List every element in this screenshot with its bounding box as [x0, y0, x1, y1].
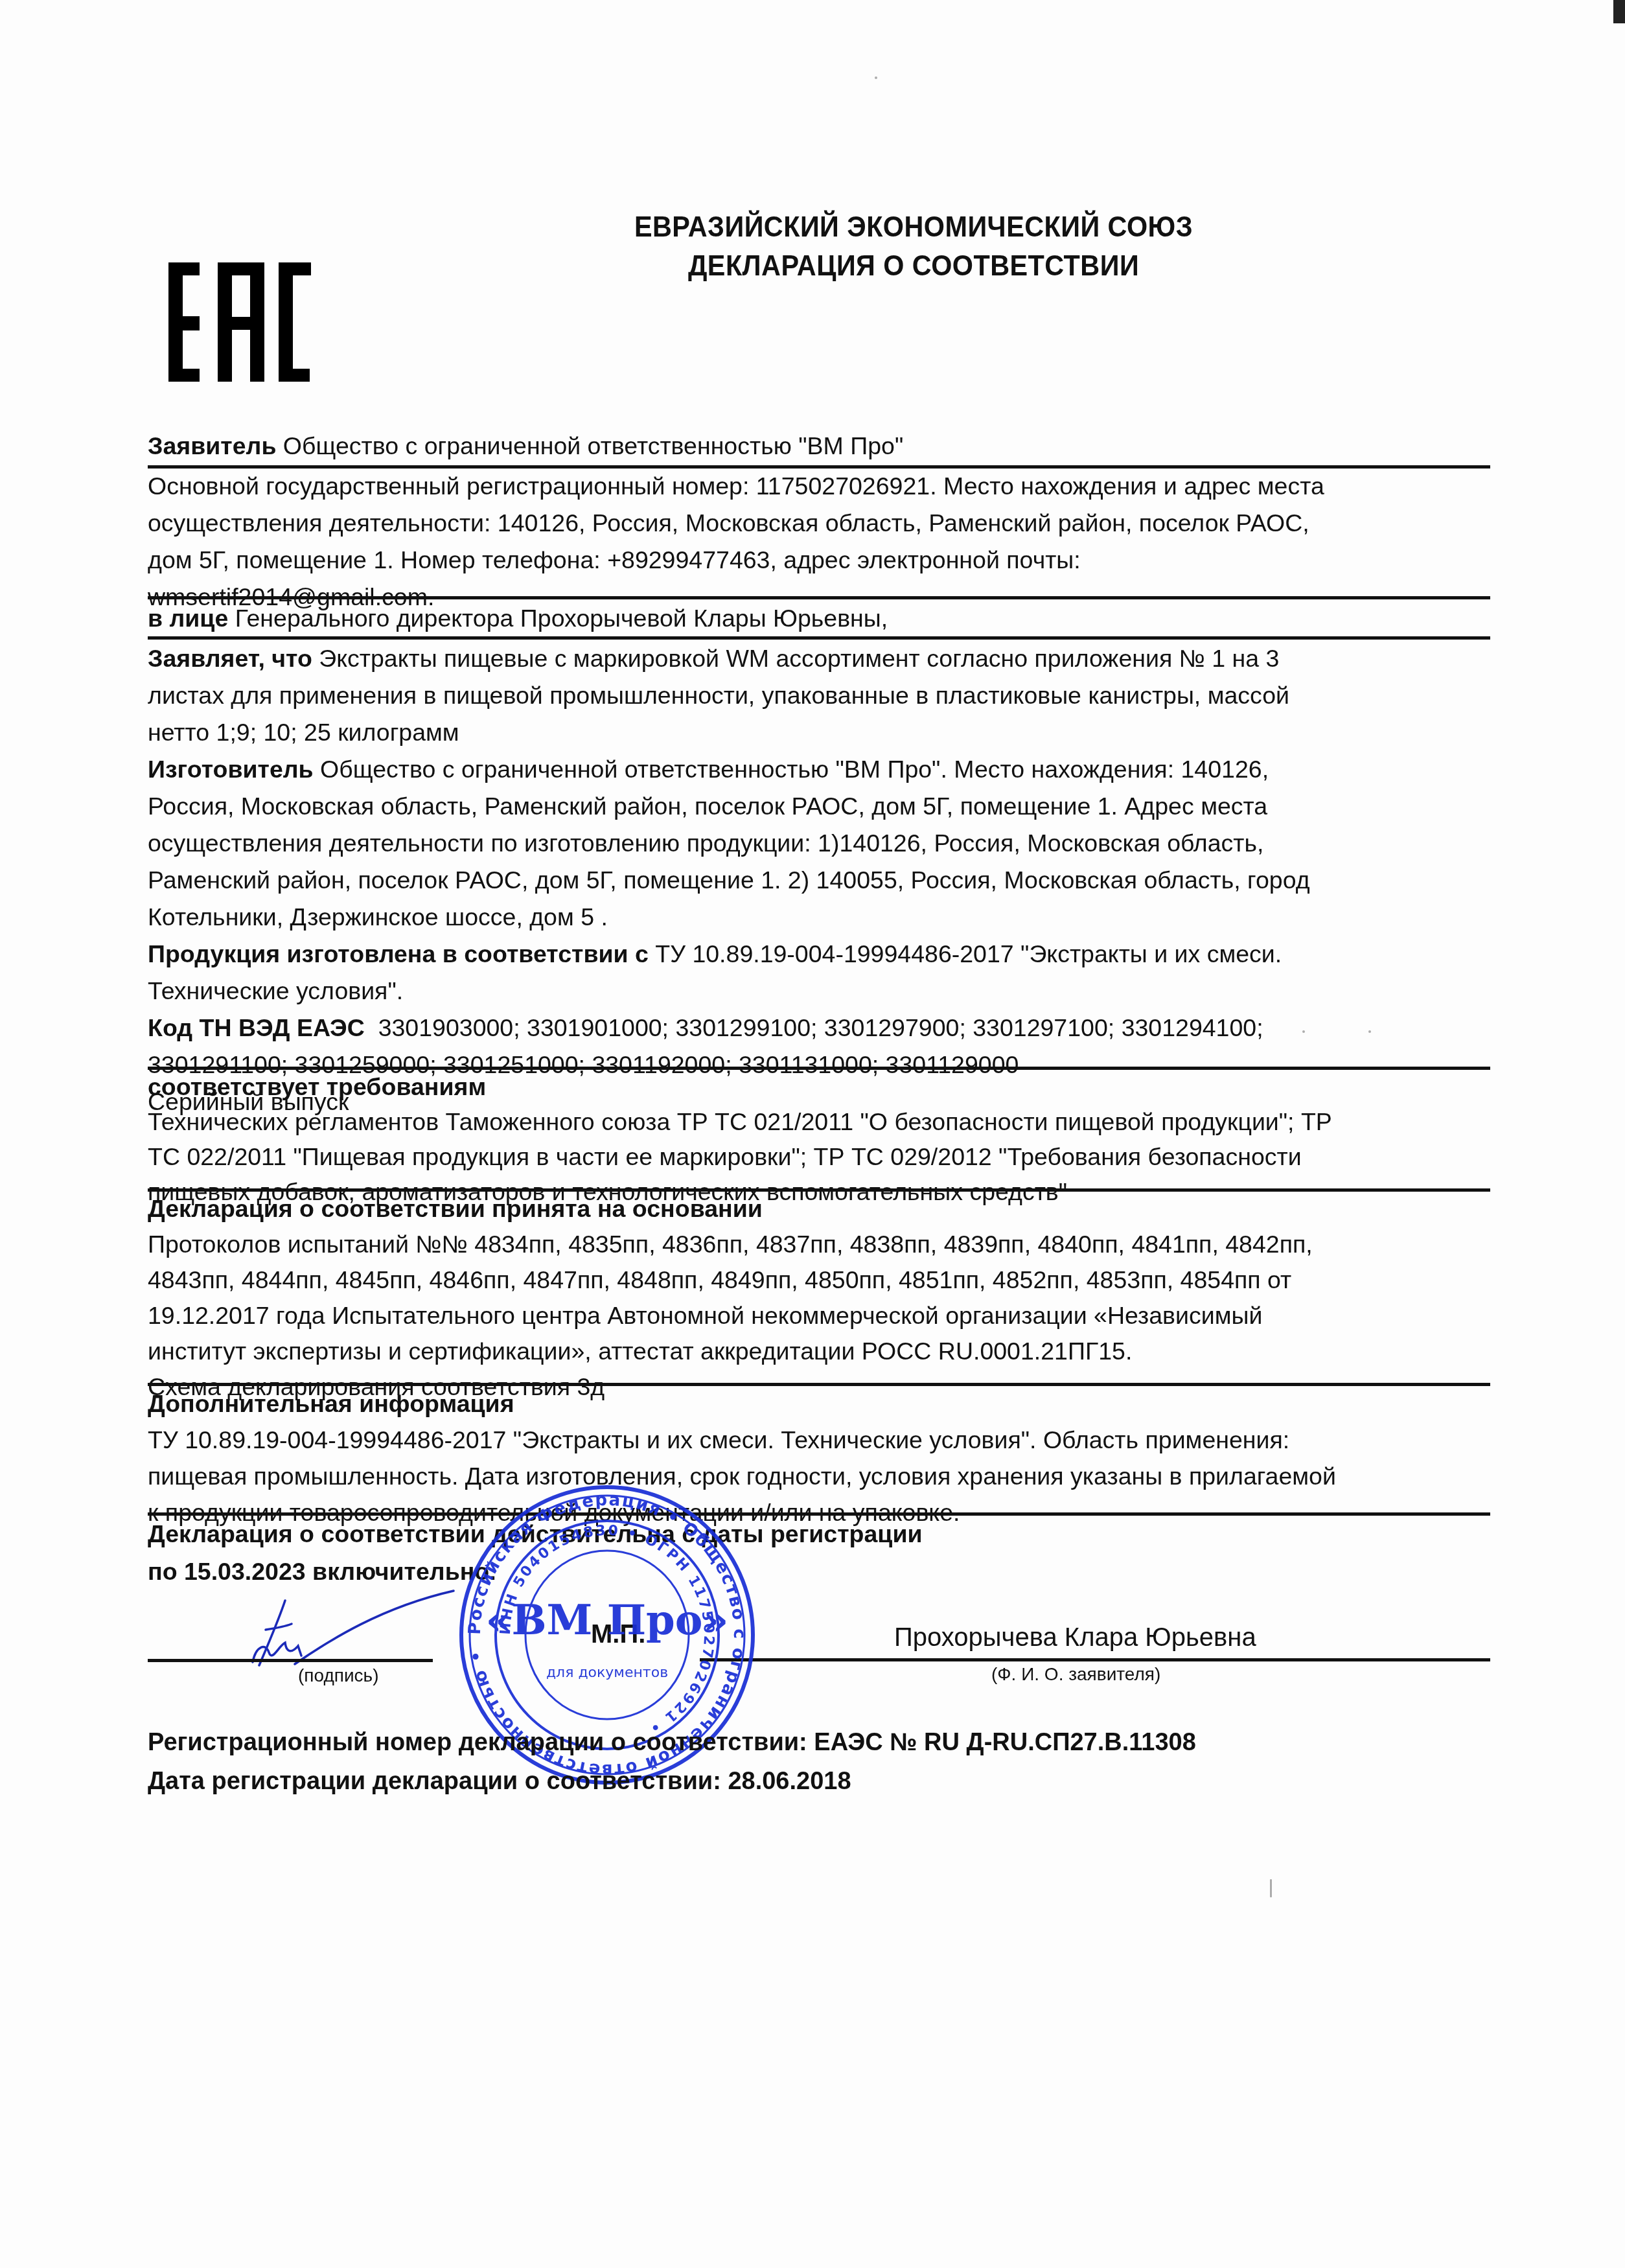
divider [148, 636, 1490, 640]
additional-section: Дополнительная информация ТУ 10.89.19-00… [148, 1385, 1490, 1531]
complies-line: Технических регламентов Таможенного союз… [148, 1104, 1490, 1139]
divider [148, 596, 1490, 599]
validity-line: Декларация о соответствии действительна … [148, 1515, 1490, 1553]
scan-speck [1270, 1879, 1272, 1897]
signature-line [148, 1659, 433, 1662]
applicant-name: Общество с ограниченной ответственностью… [283, 432, 903, 459]
declaration-body: Заявляет, что Экстракты пищевые с маркир… [148, 640, 1490, 1120]
produced-per-line: ТУ 10.89.19-004-19994486-2017 "Экстракты… [655, 940, 1282, 967]
basis-line: 19.12.2017 года Испытательного центра Ав… [148, 1298, 1490, 1334]
manufacturer-line: осуществления деятельности по изготовлен… [148, 825, 1490, 862]
basis-line: 4843пп, 4844пп, 4845пп, 4846пп, 4847пп, … [148, 1262, 1490, 1298]
applicant-details-line: Основной государственный регистрационный… [148, 468, 1490, 505]
validity-section: Декларация о соответствии действительна … [148, 1515, 1490, 1590]
complies-line: ТС 022/2011 "Пищевая продукция в части е… [148, 1139, 1490, 1174]
basis-label: Декларация о соответствии принята на осн… [148, 1191, 1490, 1227]
complies-label: соответствует требованиям [148, 1069, 1490, 1104]
produced-per-line: Технические условия". [148, 973, 1490, 1010]
additional-label: Дополнительная информация [148, 1385, 1490, 1422]
manufacturer-line: Общество с ограниченной ответственностью… [320, 756, 1269, 783]
document-title: ДЕКЛАРАЦИЯ О СООТВЕТСТВИИ [591, 248, 1236, 285]
scan-speck [1302, 1030, 1305, 1033]
scan-speck [875, 76, 877, 79]
stamp-center-text: «ВМ Про» [485, 1596, 728, 1645]
name-line [700, 1658, 1490, 1661]
basis-line: Протоколов испытаний №№ 4834пп, 4835пп, … [148, 1227, 1490, 1262]
declares-line: листах для применения в пищевой промышле… [148, 677, 1490, 714]
represented-by-label: в лице [148, 605, 228, 632]
additional-line: ТУ 10.89.19-004-19994486-2017 "Экстракты… [148, 1422, 1490, 1458]
applicant-details-line: дом 5Г, помещение 1. Номер телефона: +89… [148, 542, 1490, 579]
declares-label: Заявляет, что [148, 645, 312, 672]
signer-caption: (Ф. И. О. заявителя) [991, 1664, 1160, 1685]
declares-line: нетто 1;9; 10; 25 килограмм [148, 714, 1490, 751]
manufacturer-line: Россия, Московская область, Раменский ра… [148, 788, 1490, 825]
represented-by-value: Генерального директора Прохорычевой Клар… [235, 605, 888, 632]
additional-line: пищевая промышленность. Дата изготовлени… [148, 1458, 1490, 1494]
declares-line: Экстракты пищевые с маркировкой WM ассор… [319, 645, 1279, 672]
union-title: ЕВРАЗИЙСКИЙ ЭКОНОМИЧЕСКИЙ СОЮЗ [591, 209, 1236, 246]
eac-logo-icon [167, 261, 311, 383]
hs-codes-label: Код ТН ВЭД ЕАЭС [148, 1014, 365, 1041]
stamp-sub-text: для документов [546, 1665, 668, 1681]
signature-icon [240, 1581, 460, 1678]
applicant-details-line: осуществления деятельности: 140126, Росс… [148, 505, 1490, 542]
manufacturer-line: Котельники, Дзержинское шоссе, дом 5 . [148, 899, 1490, 936]
hs-codes-line: 3301903000; 3301901000; 3301299100; 3301… [378, 1014, 1263, 1041]
applicant-details: Основной государственный регистрационный… [148, 468, 1490, 616]
scan-speck [1368, 1030, 1371, 1033]
applicant-section: Заявитель Общество с ограниченной ответс… [148, 428, 1490, 465]
declaration-page: ЕВРАЗИЙСКИЙ ЭКОНОМИЧЕСКИЙ СОЮЗ ДЕКЛАРАЦИ… [0, 0, 1625, 2268]
applicant-label: Заявитель [148, 432, 276, 459]
scan-edge [1613, 0, 1625, 23]
represented-by-section: в лице Генерального директора Прохорычев… [148, 600, 1490, 637]
signer-name: Прохорычева Клара Юрьевна [894, 1623, 1256, 1652]
basis-section: Декларация о соответствии принята на осн… [148, 1191, 1490, 1405]
signature-caption: (подпись) [298, 1665, 379, 1686]
registration-date: Дата регистрации декларации о соответств… [148, 1768, 851, 1796]
produced-per-label: Продукция изготовлена в соответствии с [148, 940, 649, 967]
registration-number: Регистрационный номер декларации о соотв… [148, 1729, 1196, 1757]
manufacturer-line: Раменский район, поселок РАОС, дом 5Г, п… [148, 862, 1490, 899]
basis-line: институт экспертизы и сертификации», атт… [148, 1334, 1490, 1369]
manufacturer-label: Изготовитель [148, 756, 314, 783]
